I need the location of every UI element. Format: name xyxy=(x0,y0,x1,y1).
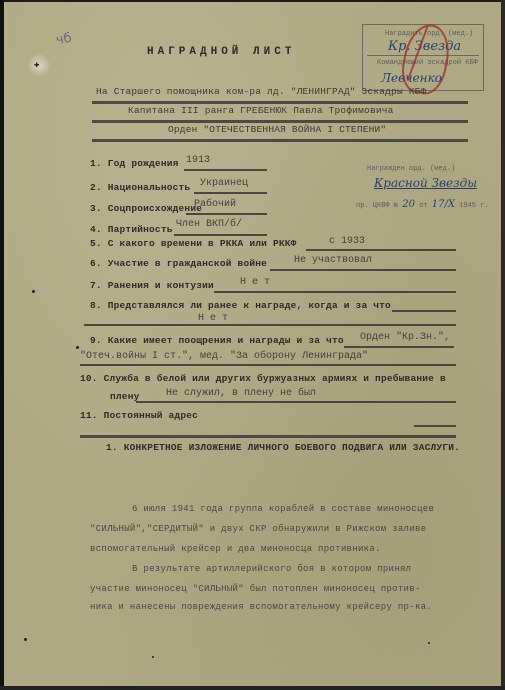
paragraph-1-line-3: вспомогательный крейсер и два миноносца … xyxy=(90,544,381,554)
paragraph-2-line-3: ника и нанесены повреждения вспомогатель… xyxy=(90,602,432,612)
underline xyxy=(270,269,456,271)
field-4-value: Член ВКП/б/ xyxy=(176,219,242,230)
underline xyxy=(306,249,456,251)
field-2: 2. Национальность xyxy=(90,182,190,193)
field-2-value: Украинец xyxy=(200,178,248,189)
paragraph-1-line-2: "СИЛЬНЫЙ","СЕРДИТЫЙ" и двух СКР обнаружи… xyxy=(90,524,426,534)
speck xyxy=(428,642,430,644)
underline xyxy=(136,401,456,403)
side-stamp-line-1: Награжден орд. (мед.) xyxy=(367,165,455,173)
underline xyxy=(186,213,267,215)
underline xyxy=(414,425,456,427)
field-1-value: 1913 xyxy=(186,155,210,166)
header-line-2: Капитана III ранга ГРЕБЕНЮК Павла Трофим… xyxy=(128,105,394,116)
side-stamp-award: Красной Звезды xyxy=(374,176,477,190)
field-1: 1. Год рождения xyxy=(90,158,179,169)
award-sheet: чб ✚ НАГРАДНОЙ ЛИСТ Наградить орд. (мед.… xyxy=(4,2,501,686)
pencil-mark: чб xyxy=(55,31,73,48)
field-9-value-cont: "Отеч.войны I ст.", мед. "За оборону Лен… xyxy=(80,351,368,362)
pin-mark-icon: ✚ xyxy=(34,60,39,70)
field-9: 9. Какие имеет поощрения и награды и за … xyxy=(90,335,344,346)
underline xyxy=(194,192,267,194)
field-8-value: Н е т xyxy=(198,313,228,324)
field-9-value: Орден "Кр.Зн.", xyxy=(360,332,450,343)
field-11: 11. Постоянный адрес xyxy=(80,410,198,421)
header-line-3: Орден "ОТЕЧЕСТВЕННАЯ ВОЙНА I СТЕПЕНИ" xyxy=(168,124,386,135)
underline xyxy=(214,291,456,293)
field-5-value: с 1933 xyxy=(329,236,365,247)
speck xyxy=(24,638,27,641)
speck xyxy=(152,656,154,658)
paragraph-1-line-1: 6 июля 1941 года группа кораблей в соста… xyxy=(132,504,434,514)
underline xyxy=(184,169,267,171)
field-7-value: Н е т xyxy=(240,277,270,288)
paragraph-2-line-1: В результате артиллерийского боя в котор… xyxy=(132,564,411,574)
scan-edge-right xyxy=(501,0,505,690)
field-6: 6. Участие в гражданской войне xyxy=(90,258,267,269)
field-10: 10. Служба в белой или других буржуазных… xyxy=(80,373,446,384)
underline xyxy=(174,234,267,236)
underline xyxy=(92,120,468,123)
field-7: 7. Ранения и контузии xyxy=(90,280,214,291)
speck xyxy=(32,290,35,293)
underline xyxy=(92,139,468,142)
underline xyxy=(80,364,456,366)
side-stamp-order: пр. ЦКВФ № 20 от 17/X 1945 г. xyxy=(356,199,489,210)
field-5: 5. С какого времени в РККА или РККФ xyxy=(90,238,297,249)
header-line-1: На Старшего помощника ком-ра лд. "ЛЕНИНГ… xyxy=(96,86,426,97)
speck xyxy=(76,346,79,349)
scan-edge-bottom xyxy=(0,686,505,690)
section-divider xyxy=(80,435,456,438)
field-10-value: Не служил, в плену не был xyxy=(166,388,316,399)
underline xyxy=(344,346,454,348)
field-8: 8. Представлялся ли ранее к награде, ког… xyxy=(90,300,391,311)
field-3-value: Рабочий xyxy=(194,199,236,210)
underline xyxy=(92,101,468,104)
field-6-value: Не участвовал xyxy=(294,255,372,266)
field-4: 4. Партийность xyxy=(90,224,173,235)
scan-edge-left xyxy=(0,0,4,690)
underline xyxy=(392,310,456,312)
paragraph-2-line-2: участие миноносец "СИЛЬНЫЙ" был потоплен… xyxy=(90,584,421,594)
document-title: НАГРАДНОЙ ЛИСТ xyxy=(147,46,295,58)
section-heading: 1. КОНКРЕТНОЕ ИЗЛОЖЕНИЕ ЛИЧНОГО БОЕВОГО … xyxy=(106,442,460,453)
underline xyxy=(84,324,456,326)
